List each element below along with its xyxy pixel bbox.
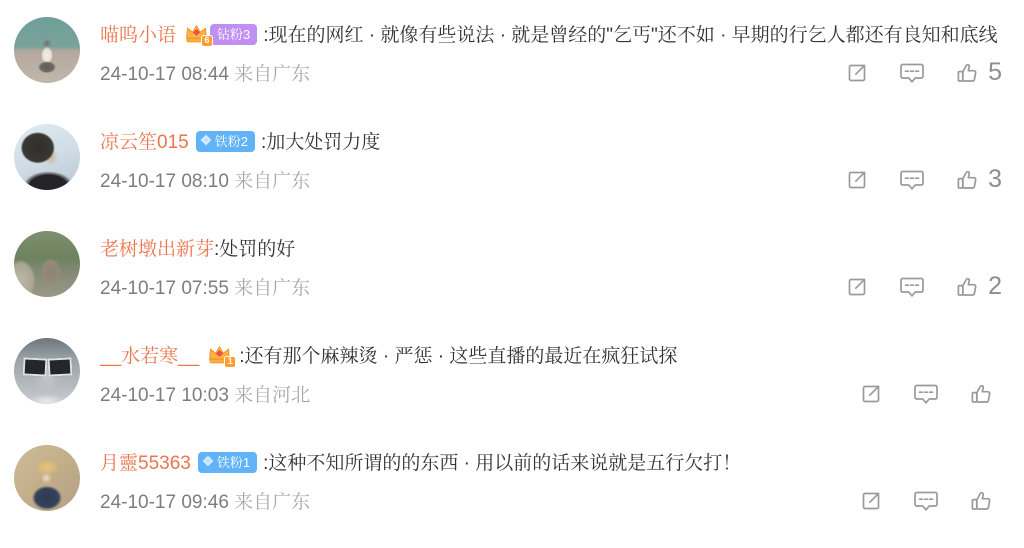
like-button[interactable]: 3 bbox=[955, 165, 1002, 194]
crown-level-badge: 6 bbox=[201, 35, 213, 47]
avatar[interactable] bbox=[14, 17, 80, 83]
share-icon[interactable] bbox=[845, 61, 869, 85]
comment-text: :这种不知所谓的的东西 · 用以前的话来说就是五行欠打！ bbox=[263, 453, 741, 474]
username-link[interactable]: 老树墩出新芽 bbox=[100, 239, 214, 260]
location: 来自广东 bbox=[234, 278, 310, 299]
location: 来自河北 bbox=[234, 385, 310, 406]
like-button[interactable]: 2 bbox=[955, 272, 1002, 301]
comment-icon[interactable] bbox=[913, 382, 939, 406]
username-link[interactable]: 凉云笙015 bbox=[100, 132, 189, 153]
comment-item: __水若寒__1:还有那个麻辣烫 · 严惩 · 这些直播的最近在疯狂试探 24-… bbox=[0, 321, 1024, 428]
share-icon[interactable] bbox=[845, 275, 869, 299]
like-button[interactable] bbox=[969, 382, 1002, 406]
fan-badge[interactable]: 铁粉2 bbox=[196, 131, 255, 152]
thumb-up-icon bbox=[955, 168, 979, 192]
share-icon[interactable] bbox=[845, 168, 869, 192]
crown-level-badge: 1 bbox=[224, 356, 236, 368]
comment-meta: 24-10-17 10:03 来自河北 bbox=[100, 380, 310, 407]
username-link[interactable]: 月靈55363 bbox=[100, 453, 191, 474]
diamond-gem-icon bbox=[200, 131, 212, 152]
like-count: 3 bbox=[988, 165, 1002, 194]
comment-body: 喵呜小语6钻粉3:现在的网红 · 就像有些说法 · 就是曾经的"乞丐"还不如 ·… bbox=[100, 17, 1002, 91]
avatar[interactable] bbox=[14, 124, 80, 190]
timestamp: 24-10-17 08:44 bbox=[100, 64, 229, 85]
comment-item: 喵呜小语6钻粉3:现在的网红 · 就像有些说法 · 就是曾经的"乞丐"还不如 ·… bbox=[0, 0, 1024, 107]
location: 来自广东 bbox=[234, 492, 310, 513]
comment-body: __水若寒__1:还有那个麻辣烫 · 严惩 · 这些直播的最近在疯狂试探 24-… bbox=[100, 338, 1002, 412]
comment-icon[interactable] bbox=[899, 168, 925, 192]
comment-body: 凉云笙015铁粉2:加大处罚力度 24-10-17 08:10 来自广东 3 bbox=[100, 124, 1002, 198]
diamond-gem-icon bbox=[202, 452, 214, 473]
comment-item: 凉云笙015铁粉2:加大处罚力度 24-10-17 08:10 来自广东 3 bbox=[0, 107, 1024, 214]
comment-text: :处罚的好 bbox=[214, 239, 295, 260]
comment-meta: 24-10-17 07:55 来自广东 bbox=[100, 273, 310, 300]
timestamp: 24-10-17 07:55 bbox=[100, 278, 229, 299]
like-button[interactable]: 5 bbox=[955, 58, 1002, 87]
thumb-up-icon bbox=[955, 61, 979, 85]
comment-item: 月靈55363铁粉1:这种不知所谓的的东西 · 用以前的话来说就是五行欠打！ 2… bbox=[0, 428, 1024, 535]
comment-icon[interactable] bbox=[899, 275, 925, 299]
avatar[interactable] bbox=[14, 445, 80, 511]
like-button[interactable] bbox=[969, 489, 1002, 513]
share-icon[interactable] bbox=[859, 489, 883, 513]
like-count: 2 bbox=[988, 272, 1002, 301]
comment-text: :现在的网红 · 就像有些说法 · 就是曾经的"乞丐"还不如 · 早期的行乞人都… bbox=[263, 25, 997, 46]
location: 来自广东 bbox=[234, 171, 310, 192]
comment-meta: 24-10-17 08:10 来自广东 bbox=[100, 166, 310, 193]
thumb-up-icon bbox=[955, 275, 979, 299]
location: 来自广东 bbox=[234, 64, 310, 85]
thumb-up-icon bbox=[969, 382, 993, 406]
comment-body: 月靈55363铁粉1:这种不知所谓的的东西 · 用以前的话来说就是五行欠打！ 2… bbox=[100, 445, 1002, 519]
fan-crown-icon: 6 bbox=[183, 21, 210, 45]
username-link[interactable]: __水若寒__ bbox=[100, 346, 199, 367]
comment-meta: 24-10-17 08:44 来自广东 bbox=[100, 59, 310, 86]
username-link[interactable]: 喵呜小语 bbox=[100, 25, 176, 46]
comment-icon[interactable] bbox=[913, 489, 939, 513]
thumb-up-icon bbox=[969, 489, 993, 513]
timestamp: 24-10-17 09:46 bbox=[100, 492, 229, 513]
like-count: 5 bbox=[988, 58, 1002, 87]
timestamp: 24-10-17 08:10 bbox=[100, 171, 229, 192]
fan-badge[interactable]: 钻粉3 bbox=[210, 24, 257, 45]
fan-crown-icon: 1 bbox=[206, 342, 233, 366]
share-icon[interactable] bbox=[859, 382, 883, 406]
avatar[interactable] bbox=[14, 338, 80, 404]
comment-icon[interactable] bbox=[899, 61, 925, 85]
comment-meta: 24-10-17 09:46 来自广东 bbox=[100, 487, 310, 514]
fan-badge[interactable]: 铁粉1 bbox=[198, 452, 257, 473]
comment-text: :还有那个麻辣烫 · 严惩 · 这些直播的最近在疯狂试探 bbox=[239, 346, 677, 367]
comment-text: :加大处罚力度 bbox=[261, 132, 380, 153]
timestamp: 24-10-17 10:03 bbox=[100, 385, 229, 406]
comment-item: 老树墩出新芽:处罚的好 24-10-17 07:55 来自广东 2 bbox=[0, 214, 1024, 321]
comment-body: 老树墩出新芽:处罚的好 24-10-17 07:55 来自广东 2 bbox=[100, 231, 1002, 305]
avatar[interactable] bbox=[14, 231, 80, 297]
